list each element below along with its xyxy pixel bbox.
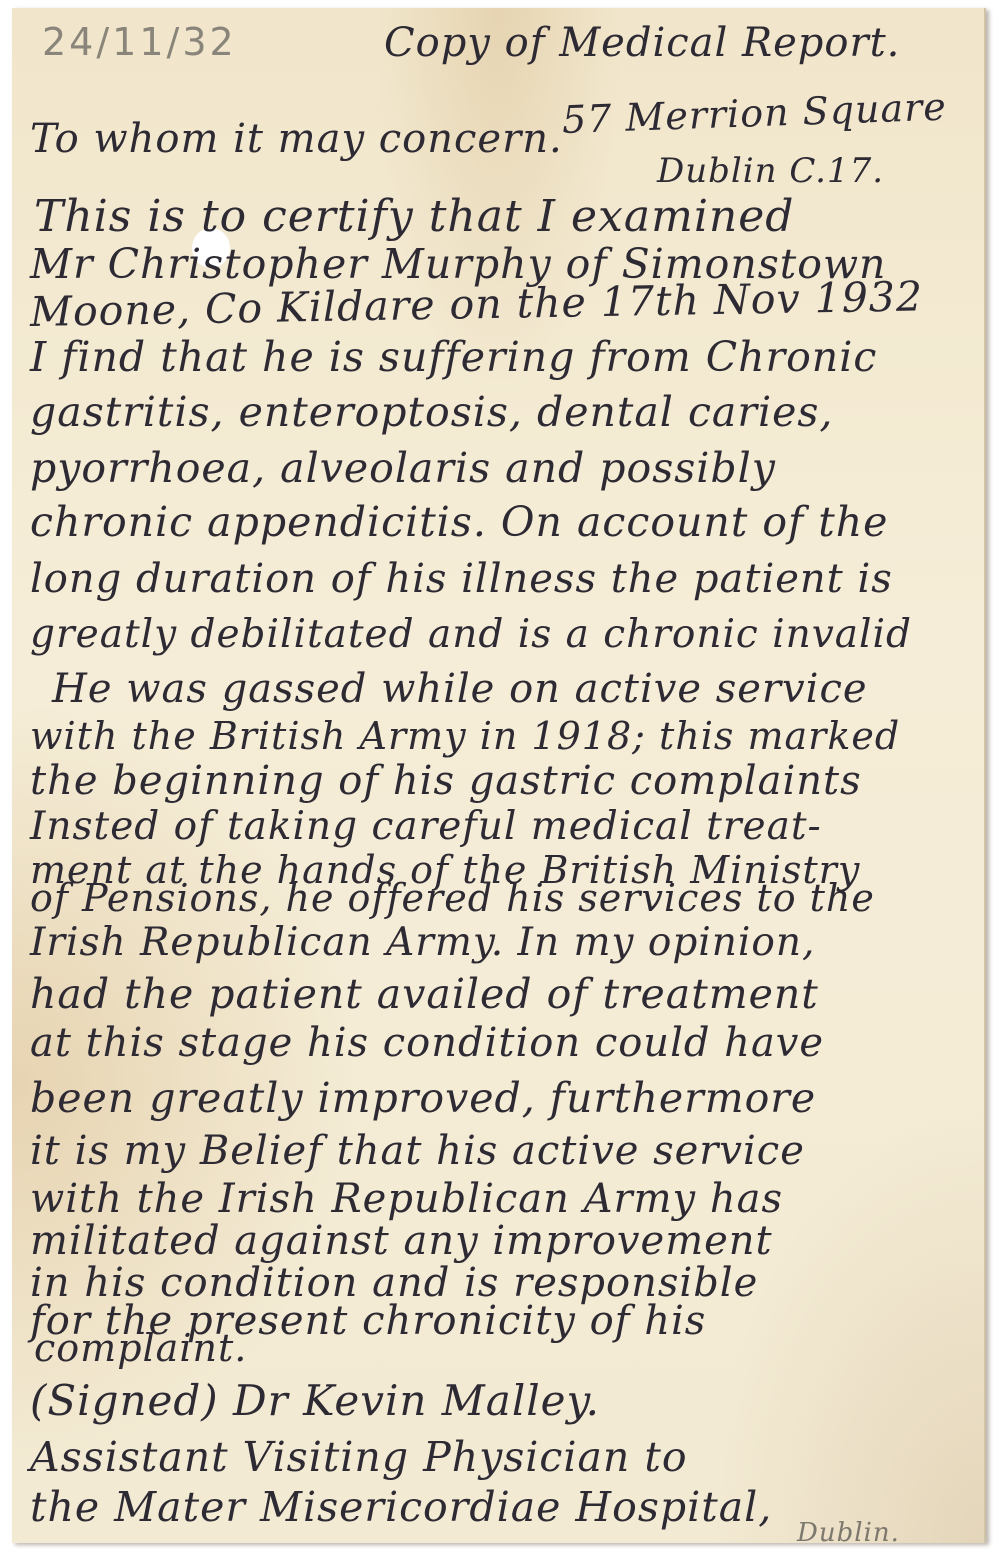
body-line: with the Irish Republican Army has	[30, 1176, 783, 1222]
pencil-date: 24/11/32	[42, 20, 237, 64]
body-line: militated against any improvement	[30, 1218, 773, 1264]
address-line-1: 57 Merrion Square	[561, 85, 947, 142]
salutation: To whom it may concern.	[30, 116, 563, 162]
body-line: been greatly improved, furthermore	[30, 1074, 816, 1122]
body-line: it is my Belief that his active service	[30, 1128, 805, 1174]
body-line: I find that he is suffering from Chronic	[30, 333, 877, 381]
physician-title-line-2: the Mater Misericordiae Hospital,	[30, 1483, 772, 1531]
body-line: pyorrhoea, alveolaris and possibly	[30, 444, 776, 492]
body-line: chronic appendicitis. On account of the	[30, 498, 888, 546]
body-line: Insted of taking careful medical treat-	[30, 804, 822, 849]
body-line: greatly debilitated and is a chronic inv…	[30, 612, 912, 657]
body-line: with the British Army in 1918; this mark…	[30, 714, 900, 758]
document-title: Copy of Medical Report.	[384, 20, 900, 66]
body-line: gastritis, enteroptosis, dental caries,	[30, 388, 833, 436]
body-line: This is to certify that I examined	[34, 191, 794, 242]
physician-title-line-1: Assistant Visiting Physician to	[30, 1433, 688, 1481]
body-line: He was gassed while on active service	[52, 666, 868, 712]
body-line: complaint.	[34, 1326, 247, 1370]
body-line: Irish Republican Army. In my opinion,	[30, 920, 815, 965]
document-page: 24/11/32 Copy of Medical Report. 57 Merr…	[12, 8, 986, 1543]
body-line: at this stage his condition could have	[30, 1020, 824, 1066]
body-line: long duration of his illness the patient…	[30, 556, 893, 602]
physician-title-line-3: Dublin.	[797, 1518, 900, 1548]
address-line-2: Dublin C.17.	[657, 151, 884, 191]
signature-line: (Signed) Dr Kevin Malley.	[30, 1376, 600, 1425]
body-line: had the patient availed of treatment	[30, 970, 819, 1018]
body-line: the beginning of his gastric complaints	[30, 758, 862, 804]
body-line: of Pensions, he offered his services to …	[30, 876, 875, 920]
